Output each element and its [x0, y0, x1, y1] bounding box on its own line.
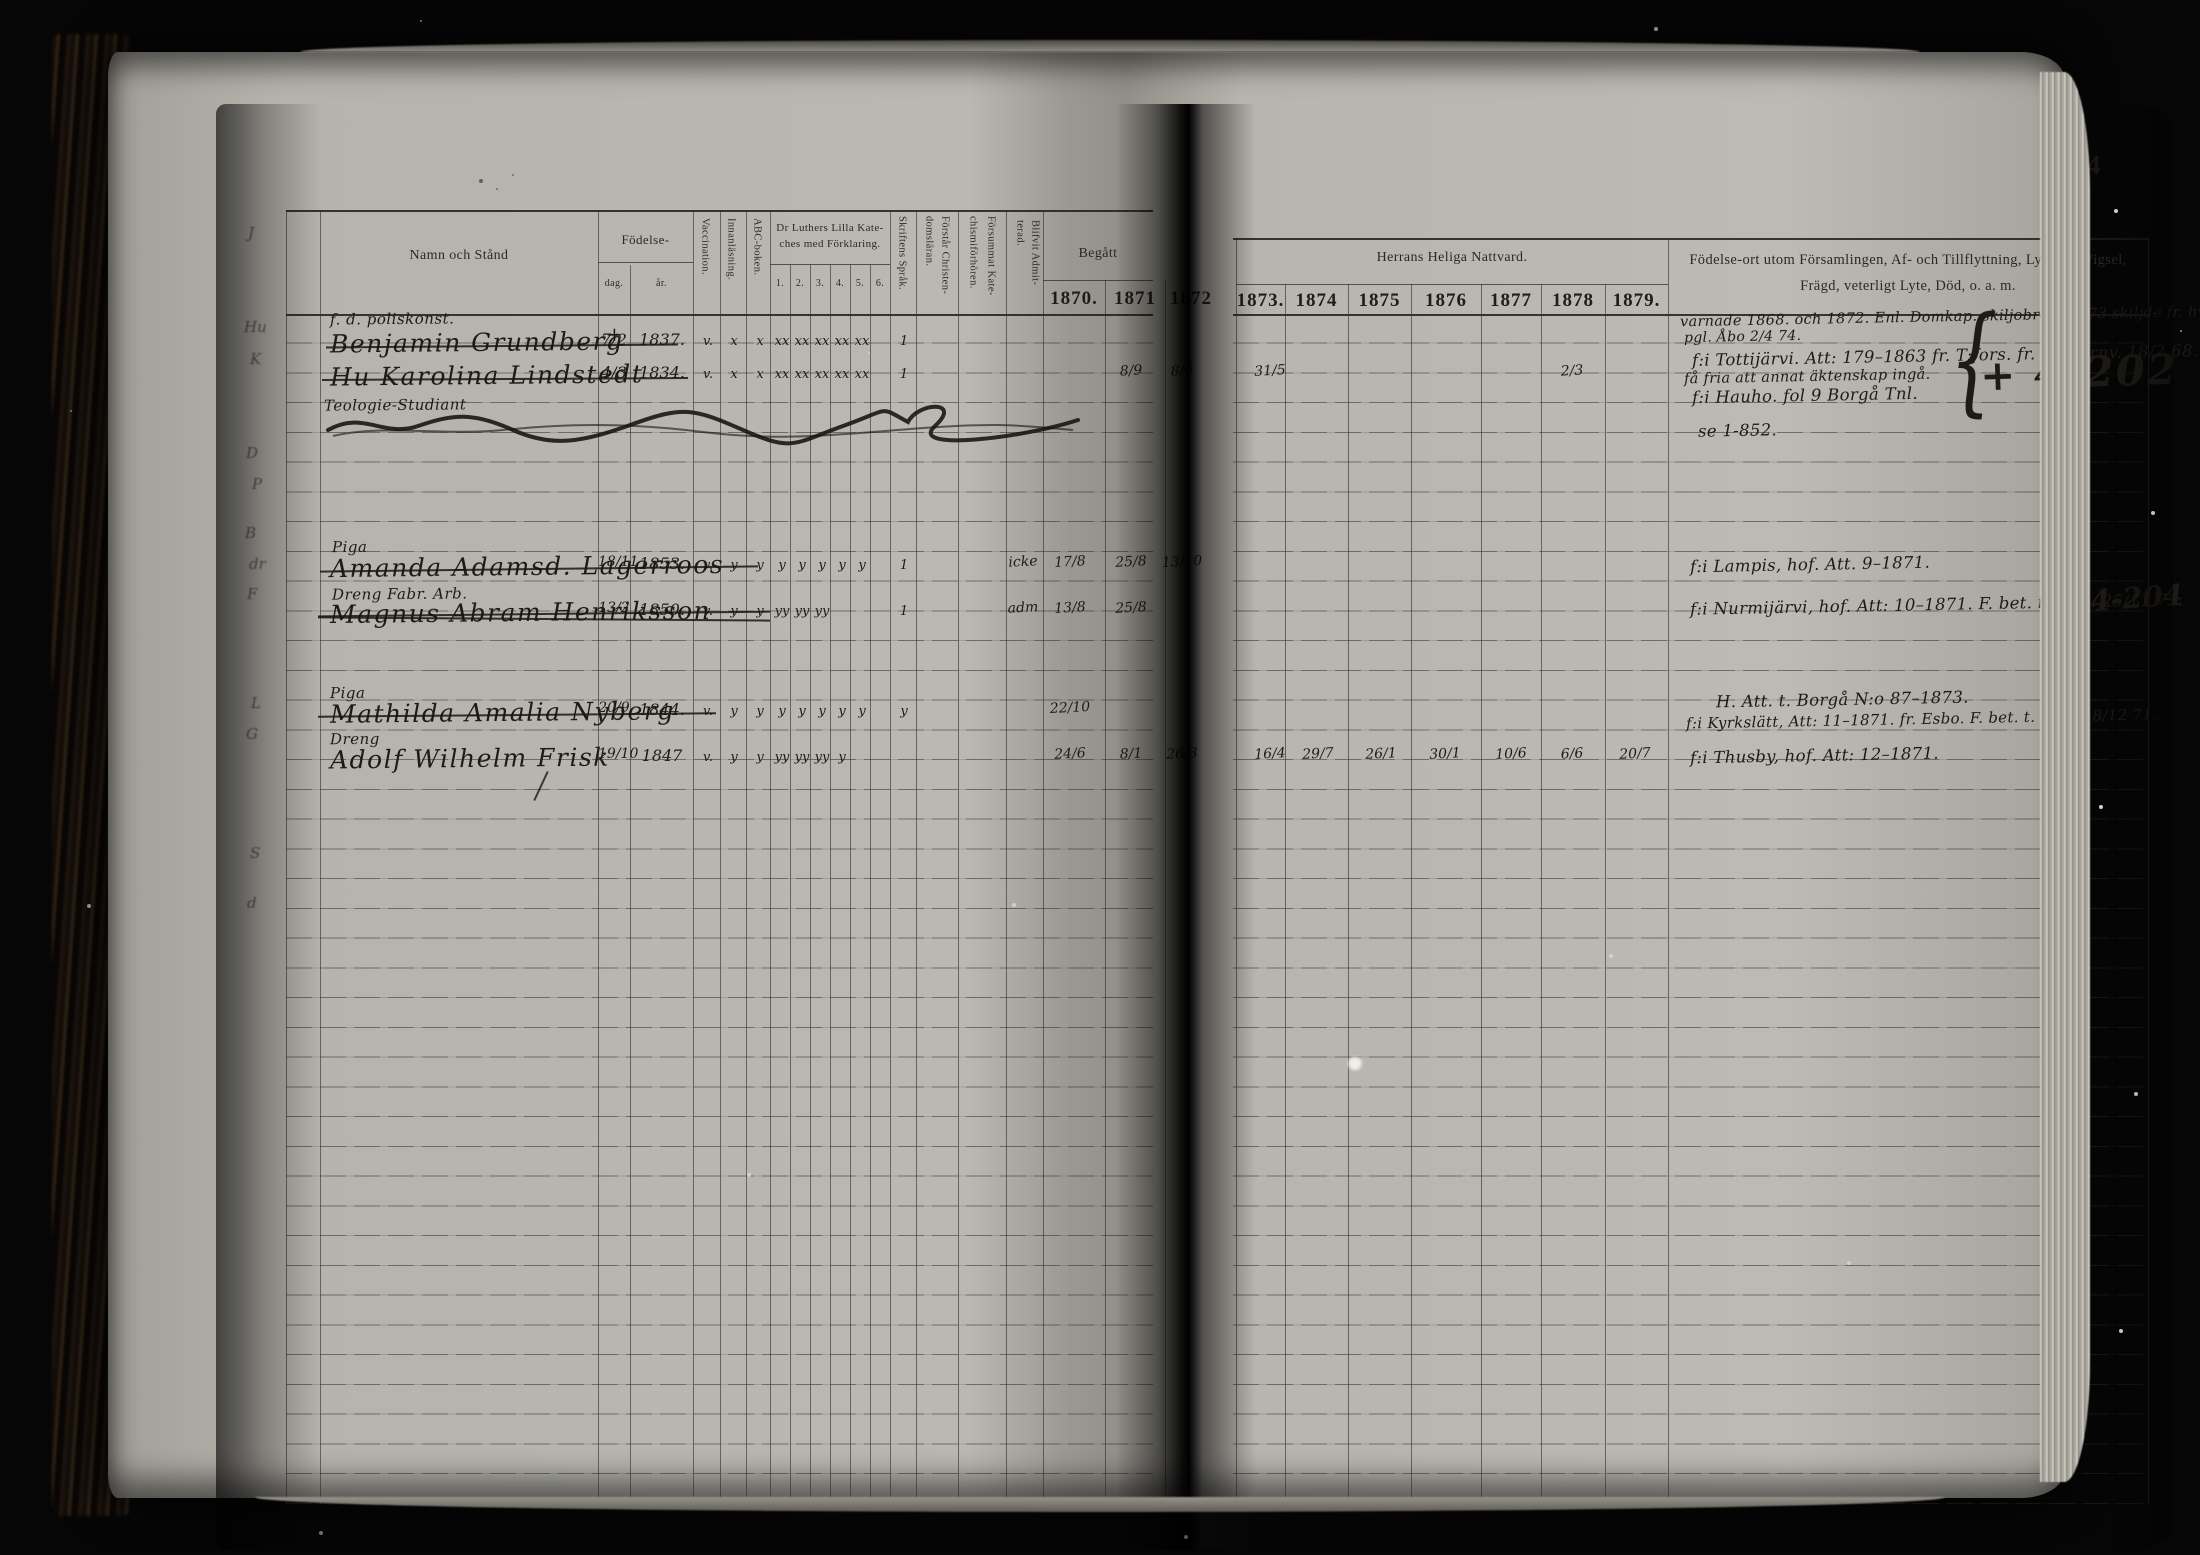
subheader-birth-year: år.	[630, 278, 693, 289]
admitted-note: adm	[1002, 599, 1045, 617]
communion-mark-1875: 26/1	[1355, 745, 1408, 764]
table-vline	[810, 265, 811, 1504]
column-header-forstar-line1: Förstår Christen-	[939, 216, 950, 312]
katekes-subcol-4: 4.	[830, 278, 850, 289]
column-header-vaccination: Vaccination.	[699, 218, 710, 310]
reading-mark: y	[723, 750, 745, 765]
column-header-abc-boken: ABC-boken.	[751, 218, 762, 310]
katekes-mark-2: y	[791, 704, 813, 719]
note-line: pgl. Åbo 2/4 74.	[1684, 328, 1802, 346]
vaccination-mark: v.	[697, 367, 719, 382]
year-header-1875: 1875	[1348, 290, 1411, 312]
table-vline	[1285, 284, 1286, 1504]
communion-mark-1874: 29/7	[1292, 745, 1345, 764]
scan-bright-spot	[1346, 1056, 1364, 1071]
communion-mark-1877: 10/6	[1485, 745, 1538, 764]
katekes-mark-4: y	[831, 558, 853, 573]
bottom-page-edges	[255, 1497, 1945, 1512]
table-vline	[1348, 284, 1349, 1504]
column-header-katekes-line1: Dr Luthers Lilla Kate-	[768, 222, 892, 234]
communion-mark-1878: 2/3	[1546, 362, 1599, 381]
table-vline	[1668, 238, 1669, 1504]
column-header-name: Namn och Stånd	[320, 248, 598, 264]
table-vline	[630, 265, 631, 1504]
katekes-mark-3: yy	[811, 750, 833, 765]
communion-mark-1870: 24/6	[1044, 745, 1097, 764]
table-vline	[1605, 284, 1606, 1504]
table-vline	[790, 265, 791, 1504]
reading-mark: x	[723, 334, 745, 349]
katekes-mark-1: xx	[771, 367, 793, 382]
column-header-blifvit-line1: Blifvit Admit-	[1029, 220, 1040, 312]
katekes-mark-1: y	[771, 704, 793, 719]
table-vline	[1481, 284, 1482, 1504]
katekes-subcol-1: 1.	[770, 278, 790, 289]
year-header-1879: 1879.	[1605, 290, 1668, 312]
table-vline	[850, 265, 851, 1504]
table-rule	[1236, 284, 1668, 285]
katekes-mark-2: y	[791, 558, 813, 573]
birth-day: 7/2	[598, 330, 630, 349]
reading-mark: y	[723, 704, 745, 719]
top-page-edges	[300, 40, 1920, 52]
birth-year: 1837.	[632, 330, 692, 349]
admitted-note: icke	[1002, 553, 1045, 571]
katekes-mark-4: y	[831, 750, 853, 765]
skriftens-mark: 1	[893, 558, 915, 573]
birth-year: 1850.	[632, 600, 692, 619]
column-header-blifvit-line2: terad.	[1014, 220, 1025, 312]
person-name: Hu Karolina Lindstedt	[330, 359, 644, 391]
year-header-1877: 1877	[1481, 290, 1541, 312]
table-vline	[870, 265, 871, 1504]
abc-mark: x	[749, 334, 771, 349]
column-header-skriftens-sprak: Skriftens Språk.	[896, 216, 907, 312]
year-header-1876: 1876	[1411, 290, 1481, 312]
katekes-mark-1: yy	[771, 750, 793, 765]
ruled-rows-right-page	[1233, 314, 2148, 1504]
person-name: Benjamin Grundberg	[330, 326, 624, 358]
birth-day: 19/10	[598, 746, 630, 762]
skriftens-mark: y	[893, 704, 915, 719]
katekes-mark-5: xx	[851, 334, 873, 349]
katekes-mark-3: xx	[811, 367, 833, 382]
table-vline	[830, 265, 831, 1504]
vaccination-mark: v.	[697, 750, 719, 765]
katekes-mark-1: y	[771, 558, 793, 573]
year-header-1874: 1874	[1285, 290, 1348, 312]
open-book-pages: 784	[108, 52, 2064, 1498]
katekes-mark-3: y	[811, 704, 833, 719]
struck-out-scribble	[323, 400, 1083, 446]
scanned-register-page: 784	[0, 0, 2200, 1555]
katekes-mark-2: xx	[791, 334, 813, 349]
katekes-mark-2: xx	[791, 367, 813, 382]
column-header-forsummat-line1: Försummat Kate-	[985, 216, 996, 312]
skriftens-mark: 1	[893, 334, 915, 349]
abc-mark: x	[749, 367, 771, 382]
katekes-subcol-5: 5.	[850, 278, 870, 289]
table-vline	[1411, 284, 1412, 1504]
skriftens-mark: 1	[893, 604, 915, 619]
column-header-forsummat-line2: chismiförhören.	[967, 216, 978, 312]
katekes-mark-1: xx	[771, 334, 793, 349]
communion-mark-1870: 17/8	[1044, 553, 1097, 572]
katekes-mark-1: yy	[771, 604, 793, 619]
katekes-mark-2: yy	[791, 750, 813, 765]
column-header-katekes-line2: ches med Förklaring.	[768, 238, 892, 250]
column-header-forstar-line2: domsläran.	[923, 216, 934, 312]
binding-shadow-left	[216, 104, 321, 1550]
birth-year: 1844.	[632, 700, 692, 719]
reading-mark: x	[723, 367, 745, 382]
column-header-innanlasning: Innanläsning.	[725, 218, 736, 310]
communion-mark-1876: 30/1	[1419, 745, 1472, 764]
scan-speckles	[108, 52, 110, 54]
person-name: Adolf Wilhelm Frisk	[330, 743, 610, 775]
communion-mark-1878: 6/6	[1546, 745, 1599, 764]
birth-year: 1847	[632, 746, 692, 765]
katekes-subcol-2: 2.	[790, 278, 810, 289]
abc-mark: y	[749, 704, 771, 719]
katekes-mark-3: y	[811, 558, 833, 573]
table-vline	[1541, 284, 1542, 1504]
column-header-nattvard: Herrans Heliga Nattvard.	[1236, 250, 1668, 266]
katekes-mark-5: y	[851, 558, 873, 573]
katekes-mark-4: y	[831, 704, 853, 719]
katekes-mark-5: xx	[851, 367, 873, 382]
communion-mark-1870: 13/8	[1044, 599, 1097, 618]
katekes-mark-3: yy	[811, 604, 833, 619]
katekes-mark-4: xx	[831, 367, 853, 382]
katekes-subcol-3: 3.	[810, 278, 830, 289]
communion-mark-1870: 22/10	[1044, 699, 1097, 718]
table-rule	[598, 262, 693, 263]
year-header-1870: 1870.	[1043, 288, 1105, 310]
skriftens-mark: 1	[893, 367, 915, 382]
katekes-mark-2: yy	[791, 604, 813, 619]
occupation-label: f. d. poliskonst.	[330, 309, 455, 328]
column-header-birth: Födelse-	[598, 232, 693, 248]
katekes-mark-3: xx	[811, 334, 833, 349]
table-rule	[1233, 238, 2148, 240]
year-header-1878: 1878	[1541, 290, 1605, 312]
abc-mark: y	[749, 750, 771, 765]
birth-year: 1853.	[632, 554, 692, 573]
note-line: se 1-852.	[1698, 420, 1777, 441]
stacked-page-edges	[2040, 72, 2090, 1482]
katekes-mark-4: xx	[831, 334, 853, 349]
book-gutter-shadow	[1116, 104, 1256, 1550]
subheader-birth-day: dag.	[598, 278, 630, 289]
page-edge-shadow-right	[2093, 104, 2173, 1550]
vaccination-mark: v.	[697, 334, 719, 349]
communion-mark-1879: 20/7	[1609, 745, 1662, 764]
table-vline	[1105, 280, 1106, 1504]
katekes-subcol-6: 6.	[870, 278, 890, 289]
scanner-dust	[0, 0, 2, 2]
katekes-mark-5: y	[851, 704, 873, 719]
